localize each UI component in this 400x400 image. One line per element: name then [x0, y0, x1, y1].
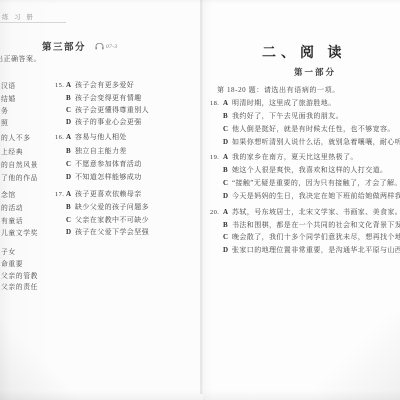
headphones-icon	[95, 43, 104, 50]
fragment-line: 照	[1, 117, 8, 127]
fragment-line: 结婚	[1, 93, 16, 103]
running-header-rule	[0, 22, 66, 23]
option-text: 我的家乡在南方，夏天比这里热极了。	[232, 153, 358, 161]
fragment-line: 的自然风景	[1, 159, 38, 169]
fragment-line: 上经典	[1, 146, 23, 156]
option-label: B	[223, 166, 232, 174]
fragment-line: 的活动	[1, 202, 23, 212]
option-row: C父亲在家教中不可缺少	[55, 215, 149, 225]
photo-top-shadow	[0, 0, 400, 4]
option-label: A	[66, 190, 75, 198]
fragment-line: 务	[1, 105, 8, 115]
option-row: D不知道怎样能够成功	[55, 172, 142, 182]
right-part-title: 第一部分	[294, 66, 336, 78]
option-text: 缺少父爱的孩子问题多	[75, 203, 149, 211]
running-header: 练 习 册	[2, 12, 35, 21]
option-label: C	[66, 106, 75, 114]
option-row: C孩子会更懂得尊重别人	[55, 105, 149, 115]
question-number: 17.	[55, 191, 66, 198]
option-row: C“接触”无疑是重要的，因为只有接触了，才会了解。	[210, 178, 400, 188]
option-row: C不愿意参加体育活动	[55, 159, 142, 169]
option-text: 今天是妈妈的生日，我决定在她下班前给她做两样我的拿手菜。	[232, 192, 400, 200]
option-label: A	[223, 208, 232, 216]
option-text: 晚会散了，我们十多个同学们意犹未尽，想再找个地方接着聊。	[232, 233, 400, 241]
option-row: B孩子会变得更有情趣	[55, 93, 142, 103]
option-text: 孩子会有更多爱好	[75, 81, 134, 89]
option-row: D今天是妈妈的生日，我决定在她下班前给她做两样我的拿手菜。	[210, 191, 400, 201]
option-label: C	[223, 125, 232, 133]
option-row: D孩子在父爱下学会坚强	[55, 227, 149, 237]
option-text: 我约好了，下午去见面我的朋友。	[232, 112, 343, 120]
option-text: 孩子更喜欢依赖母亲	[75, 190, 142, 198]
fragment-line: 汉语	[1, 80, 16, 90]
option-label: D	[66, 228, 75, 236]
option-text: 书法和围棋，都是在一个共同的社会和文化背景下发展起来的。	[232, 221, 400, 229]
option-text: 孩子的事业心会更强	[75, 118, 142, 126]
option-text: 不知道怎样能够成功	[75, 173, 142, 181]
option-label: C	[66, 216, 75, 224]
option-row: 18.A明清时期，这里成了旅游胜地。	[210, 98, 336, 108]
question-number: 19.	[210, 154, 223, 161]
question-number: 18.	[210, 100, 223, 107]
option-row: 17.A孩子更喜欢依赖母亲	[55, 189, 142, 199]
page-curl-shadow-right	[270, 310, 400, 400]
option-row: B缺少父爱的孩子问题多	[55, 202, 149, 212]
option-row: 20.A苏轼，号东坡居士，北宋文学家、书画家、美食家。	[210, 207, 400, 217]
option-text: 她这个人很是爽快，我喜欢和这样的人打交道。	[232, 166, 387, 174]
fragment-line: 父亲的管教	[1, 270, 38, 280]
question-number: 15.	[55, 82, 66, 89]
option-label: B	[66, 94, 75, 102]
page-curl-shadow-left	[0, 320, 110, 400]
question-number: 20.	[210, 209, 223, 216]
option-text: 孩子在父爱下学会坚强	[75, 228, 149, 236]
left-instruction-fragment: 出正确答案。	[0, 54, 41, 64]
fragment-line: 子女	[1, 246, 16, 256]
right-section-title: 二、阅 读	[262, 42, 347, 62]
option-row: B书法和围棋，都是在一个共同的社会和文化背景下发展起来的。	[210, 220, 400, 230]
fragment-line: 念馆	[1, 189, 16, 199]
option-text: 容易与他人相处	[75, 133, 127, 141]
option-label: D	[223, 192, 232, 200]
option-text: 张家口的地理位置非常重要，是沟通华北平原与山西、内蒙古的要道。	[232, 246, 400, 254]
option-label: C	[66, 160, 75, 168]
option-label: D	[66, 118, 75, 126]
fragment-line: 儿童文学奖	[1, 227, 38, 237]
option-row: 16.A容易与他人相处	[55, 132, 127, 142]
option-row: D张家口的地理位置非常重要，是沟通华北平原与山西、内蒙古的要道。	[210, 245, 400, 255]
option-label: D	[223, 138, 232, 146]
option-row: B独立自主能力差	[55, 146, 127, 156]
option-label: A	[66, 133, 75, 141]
option-row: D如果你想听清别人说什么话，就别急着嚷嚷，耐心听别人把话说完。	[210, 137, 400, 147]
option-label: D	[66, 173, 75, 181]
option-text: 明清时期，这里成了旅游胜地。	[232, 99, 336, 107]
option-row: C晚会散了，我们十多个同学们意犹未尽，想再找个地方接着聊。	[210, 232, 400, 242]
option-row: 19.A我的家乡在南方，夏天比这里热极了。	[210, 152, 358, 162]
option-label: A	[223, 153, 232, 161]
option-row: C他人倒是挺好，就是有时候太任性，也不够宽容。	[210, 124, 395, 134]
option-label: D	[223, 246, 232, 254]
option-label: A	[66, 81, 75, 89]
option-label: B	[223, 221, 232, 229]
right-instruction: 第 18-20 题：请选出有语病的一项。	[217, 85, 340, 95]
option-text: 苏轼，号东坡居士，北宋文学家、书画家、美食家。	[232, 208, 400, 216]
option-row: B我约好了，下午去见面我的朋友。	[210, 111, 343, 121]
option-text: 父亲在家教中不可缺少	[75, 216, 149, 224]
option-row: D孩子的事业心会更强	[55, 117, 142, 127]
option-label: B	[223, 112, 232, 120]
option-text: 孩子会更懂得尊重别人	[75, 106, 149, 114]
option-label: B	[66, 203, 75, 211]
option-label: B	[66, 147, 75, 155]
option-row: B她这个人很是爽快，我喜欢和这样的人打交道。	[210, 165, 387, 175]
option-text: 不愿意参加体育活动	[75, 160, 142, 168]
audio-track: 07-3	[95, 43, 117, 50]
audio-track-label: 07-3	[106, 44, 117, 50]
fragment-line: 有童话	[1, 215, 23, 225]
question-number: 16.	[55, 134, 66, 141]
option-label: A	[223, 99, 232, 107]
left-section-title: 第三部分	[42, 39, 86, 53]
fragment-line: 父亲的责任	[1, 281, 38, 291]
fragment-line: 命重要	[1, 258, 23, 268]
option-label: C	[223, 179, 232, 187]
option-row: 15.A孩子会有更多爱好	[55, 80, 134, 90]
option-text: 如果你想听清别人说什么话，就别急着嚷嚷，耐心听别人把话说完。	[232, 138, 400, 146]
fragment-line: 了他的作品	[1, 172, 38, 182]
option-label: C	[223, 233, 232, 241]
option-text: 他人倒是挺好，就是有时候太任性，也不够宽容。	[232, 125, 395, 133]
option-text: “接触”无疑是重要的，因为只有接触了，才会了解。	[232, 179, 400, 187]
option-text: 独立自主能力差	[75, 147, 127, 155]
option-text: 孩子会变得更有情趣	[75, 94, 142, 102]
fragment-line: 的人不多	[1, 132, 31, 142]
